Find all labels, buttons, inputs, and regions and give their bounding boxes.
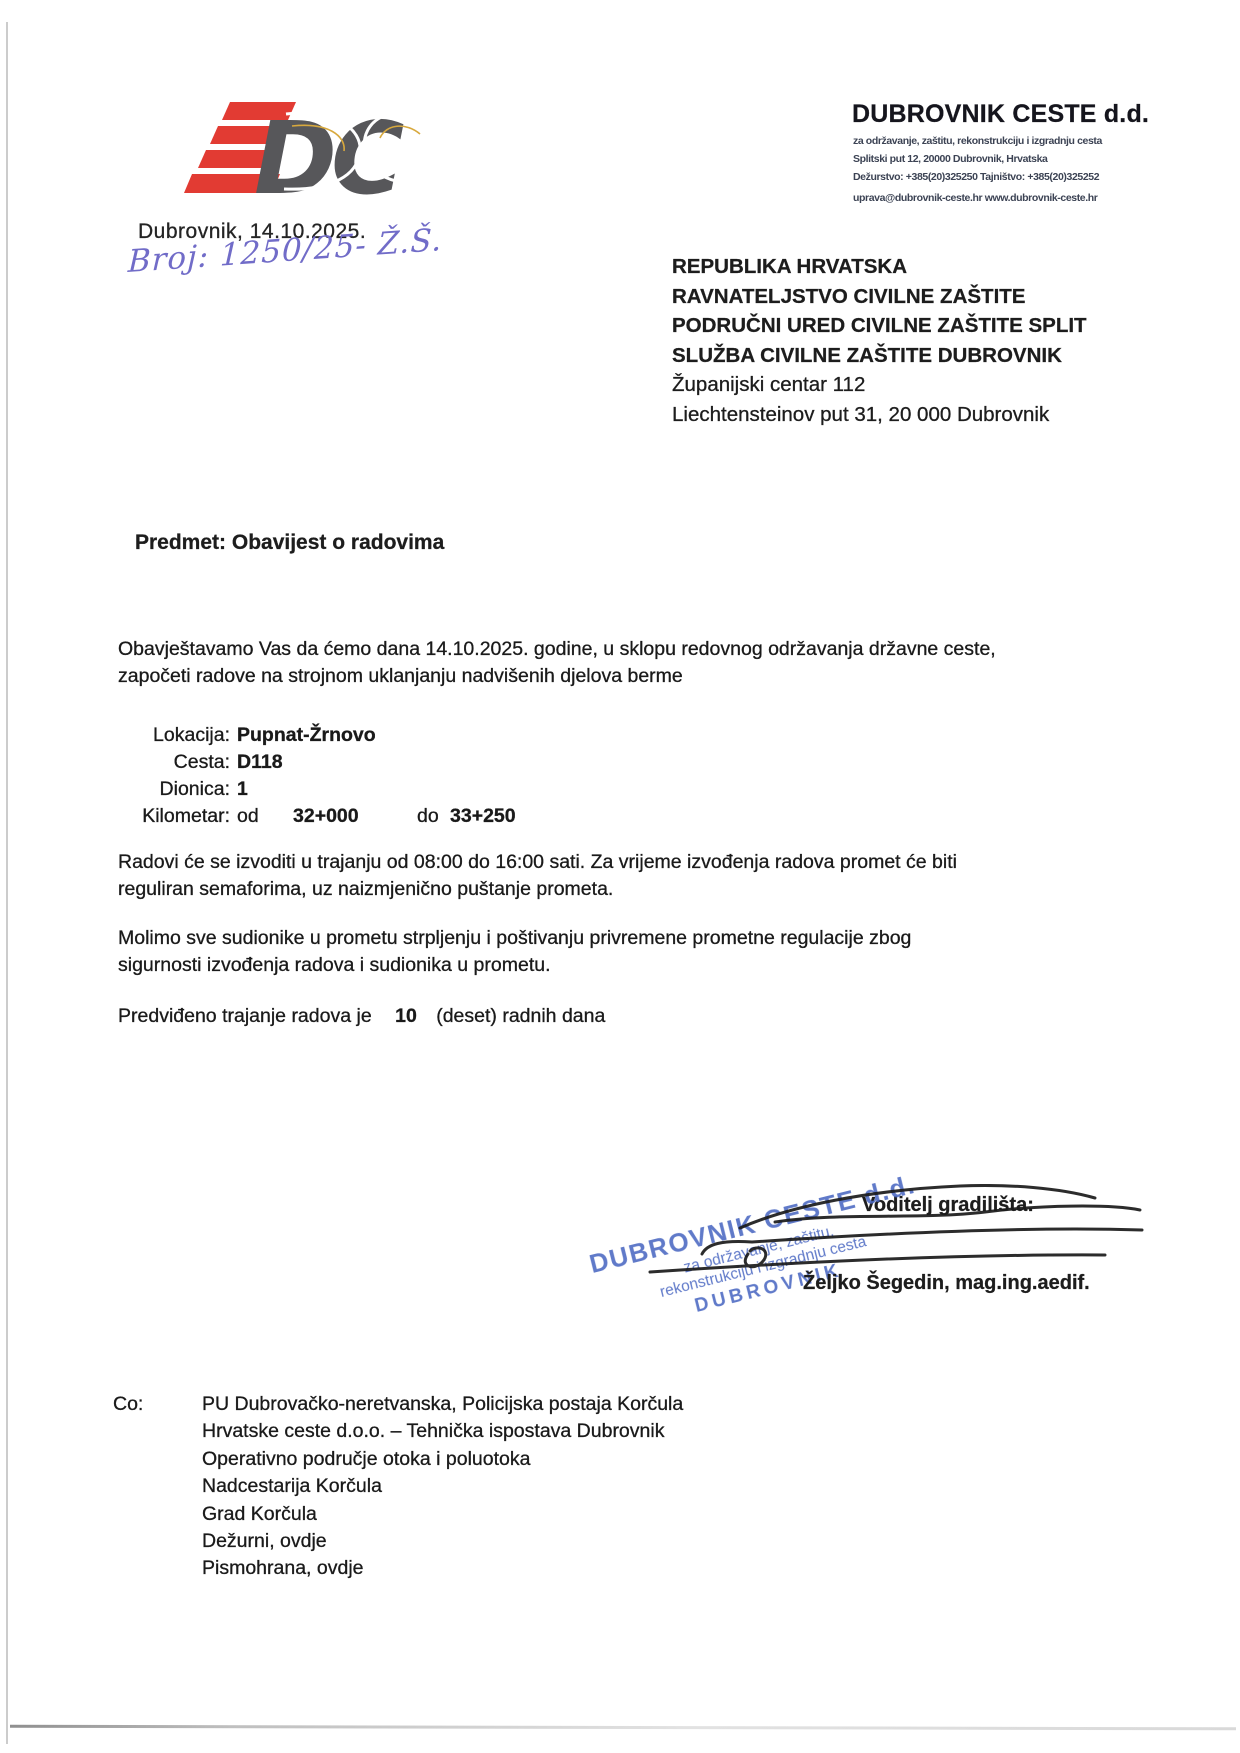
- detail-label: Kilometar:: [115, 803, 230, 830]
- recipient-line: PODRUČNI URED CIVILNE ZAŠTITE SPLIT: [672, 311, 1087, 341]
- duration-prefix: Predviđeno trajanje radova je: [118, 1005, 372, 1027]
- cc-item: Pismohrana, ovdje: [202, 1555, 683, 1582]
- body-paragraph-2: Radovi će se izvoditi u trajanju od 08:0…: [118, 849, 957, 903]
- recipient-line: RAVNATELJSTVO CIVILNE ZAŠTITE: [672, 282, 1087, 312]
- detail-label: Dionica:: [115, 776, 230, 803]
- cc-item: Operativno područje otoka i poluotoka: [202, 1446, 683, 1473]
- detail-value: D118: [237, 751, 283, 773]
- detail-row-section: Dionica:1: [115, 776, 248, 803]
- paragraph-line: Molimo sve sudionike u prometu strpljenj…: [118, 925, 911, 952]
- km-from-word: od: [237, 803, 259, 830]
- paragraph-line: Obavještavamo Vas da ćemo dana 14.10.202…: [118, 636, 996, 663]
- scan-edge-line: [6, 22, 8, 1744]
- signee-name: Željko Šegedin, mag.ing.aedif.: [803, 1272, 1090, 1295]
- detail-value: 1: [237, 778, 248, 800]
- km-from-value: 32+000: [293, 803, 359, 830]
- cc-item: Hrvatske ceste d.o.o. – Tehnička isposta…: [202, 1418, 683, 1445]
- duration-days: 10: [395, 1005, 417, 1027]
- company-address: Splitski put 12, 20000 Dubrovnik, Hrvats…: [853, 153, 1047, 165]
- scan-bottom-line: [10, 1725, 1236, 1731]
- cc-list: PU Dubrovačko-neretvanska, Policijska po…: [202, 1391, 683, 1583]
- company-name: DUBROVNIK CESTE d.d.: [852, 100, 1149, 129]
- recipient-block: REPUBLIKA HRVATSKA RAVNATELJSTVO CIVILNE…: [672, 252, 1087, 429]
- cc-item: Grad Korčula: [202, 1501, 683, 1528]
- detail-label: Lokacija:: [115, 722, 230, 749]
- recipient-line: Liechtensteinov put 31, 20 000 Dubrovnik: [672, 400, 1087, 430]
- detail-row-kilometers: Kilometar: od 32+000 do 33+250: [0, 803, 1240, 830]
- paragraph-line: Radovi će se izvoditi u trajanju od 08:0…: [118, 849, 957, 876]
- paragraph-line: reguliran semaforima, uz naizmjenično pu…: [118, 876, 957, 903]
- recipient-line: SLUŽBA CIVILNE ZAŠTITE DUBROVNIK: [672, 341, 1087, 371]
- duration-suffix: (deset) radnih dana: [436, 1005, 605, 1027]
- detail-row-location: Lokacija:Pupnat-Žrnovo: [115, 722, 376, 749]
- detail-row-road: Cesta:D118: [115, 749, 283, 776]
- subject-line: Predmet: Obavijest o radovima: [135, 531, 444, 555]
- cc-label: Co:: [113, 1391, 143, 1418]
- company-phones: Dežurstvo: +385(20)325250 Tajništvo: +38…: [853, 171, 1099, 183]
- body-paragraph-3: Molimo sve sudionike u prometu strpljenj…: [118, 925, 911, 979]
- recipient-line: REPUBLIKA HRVATSKA: [672, 252, 1087, 282]
- detail-label: Cesta:: [115, 749, 230, 776]
- company-logo: DC: [168, 96, 448, 206]
- cc-item: PU Dubrovačko-neretvanska, Policijska po…: [202, 1391, 683, 1418]
- scanned-letter-page: DC DUBROVNIK CESTE d.d. za održavanje, z…: [0, 0, 1240, 1753]
- detail-value: Pupnat-Žrnovo: [237, 724, 376, 746]
- company-contacts: uprava@dubrovnik-ceste.hr www.dubrovnik-…: [853, 192, 1097, 204]
- cc-item: Nadcestarija Korčula: [202, 1473, 683, 1500]
- km-to-word: do: [417, 803, 439, 830]
- cc-item: Dežurni, ovdje: [202, 1528, 683, 1555]
- paragraph-line: započeti radove na strojnom uklanjanju n…: [118, 663, 996, 690]
- body-paragraph-4: Predviđeno trajanje radova je 10 (deset)…: [118, 1003, 605, 1030]
- km-to-value: 33+250: [450, 803, 516, 830]
- recipient-line: Županijski centar 112: [672, 370, 1087, 400]
- company-tagline: za održavanje, zaštitu, rekonstrukciju i…: [853, 135, 1102, 147]
- body-paragraph-1: Obavještavamo Vas da ćemo dana 14.10.202…: [118, 636, 996, 690]
- paragraph-line: sigurnosti izvođenja radova i sudionika …: [118, 952, 911, 979]
